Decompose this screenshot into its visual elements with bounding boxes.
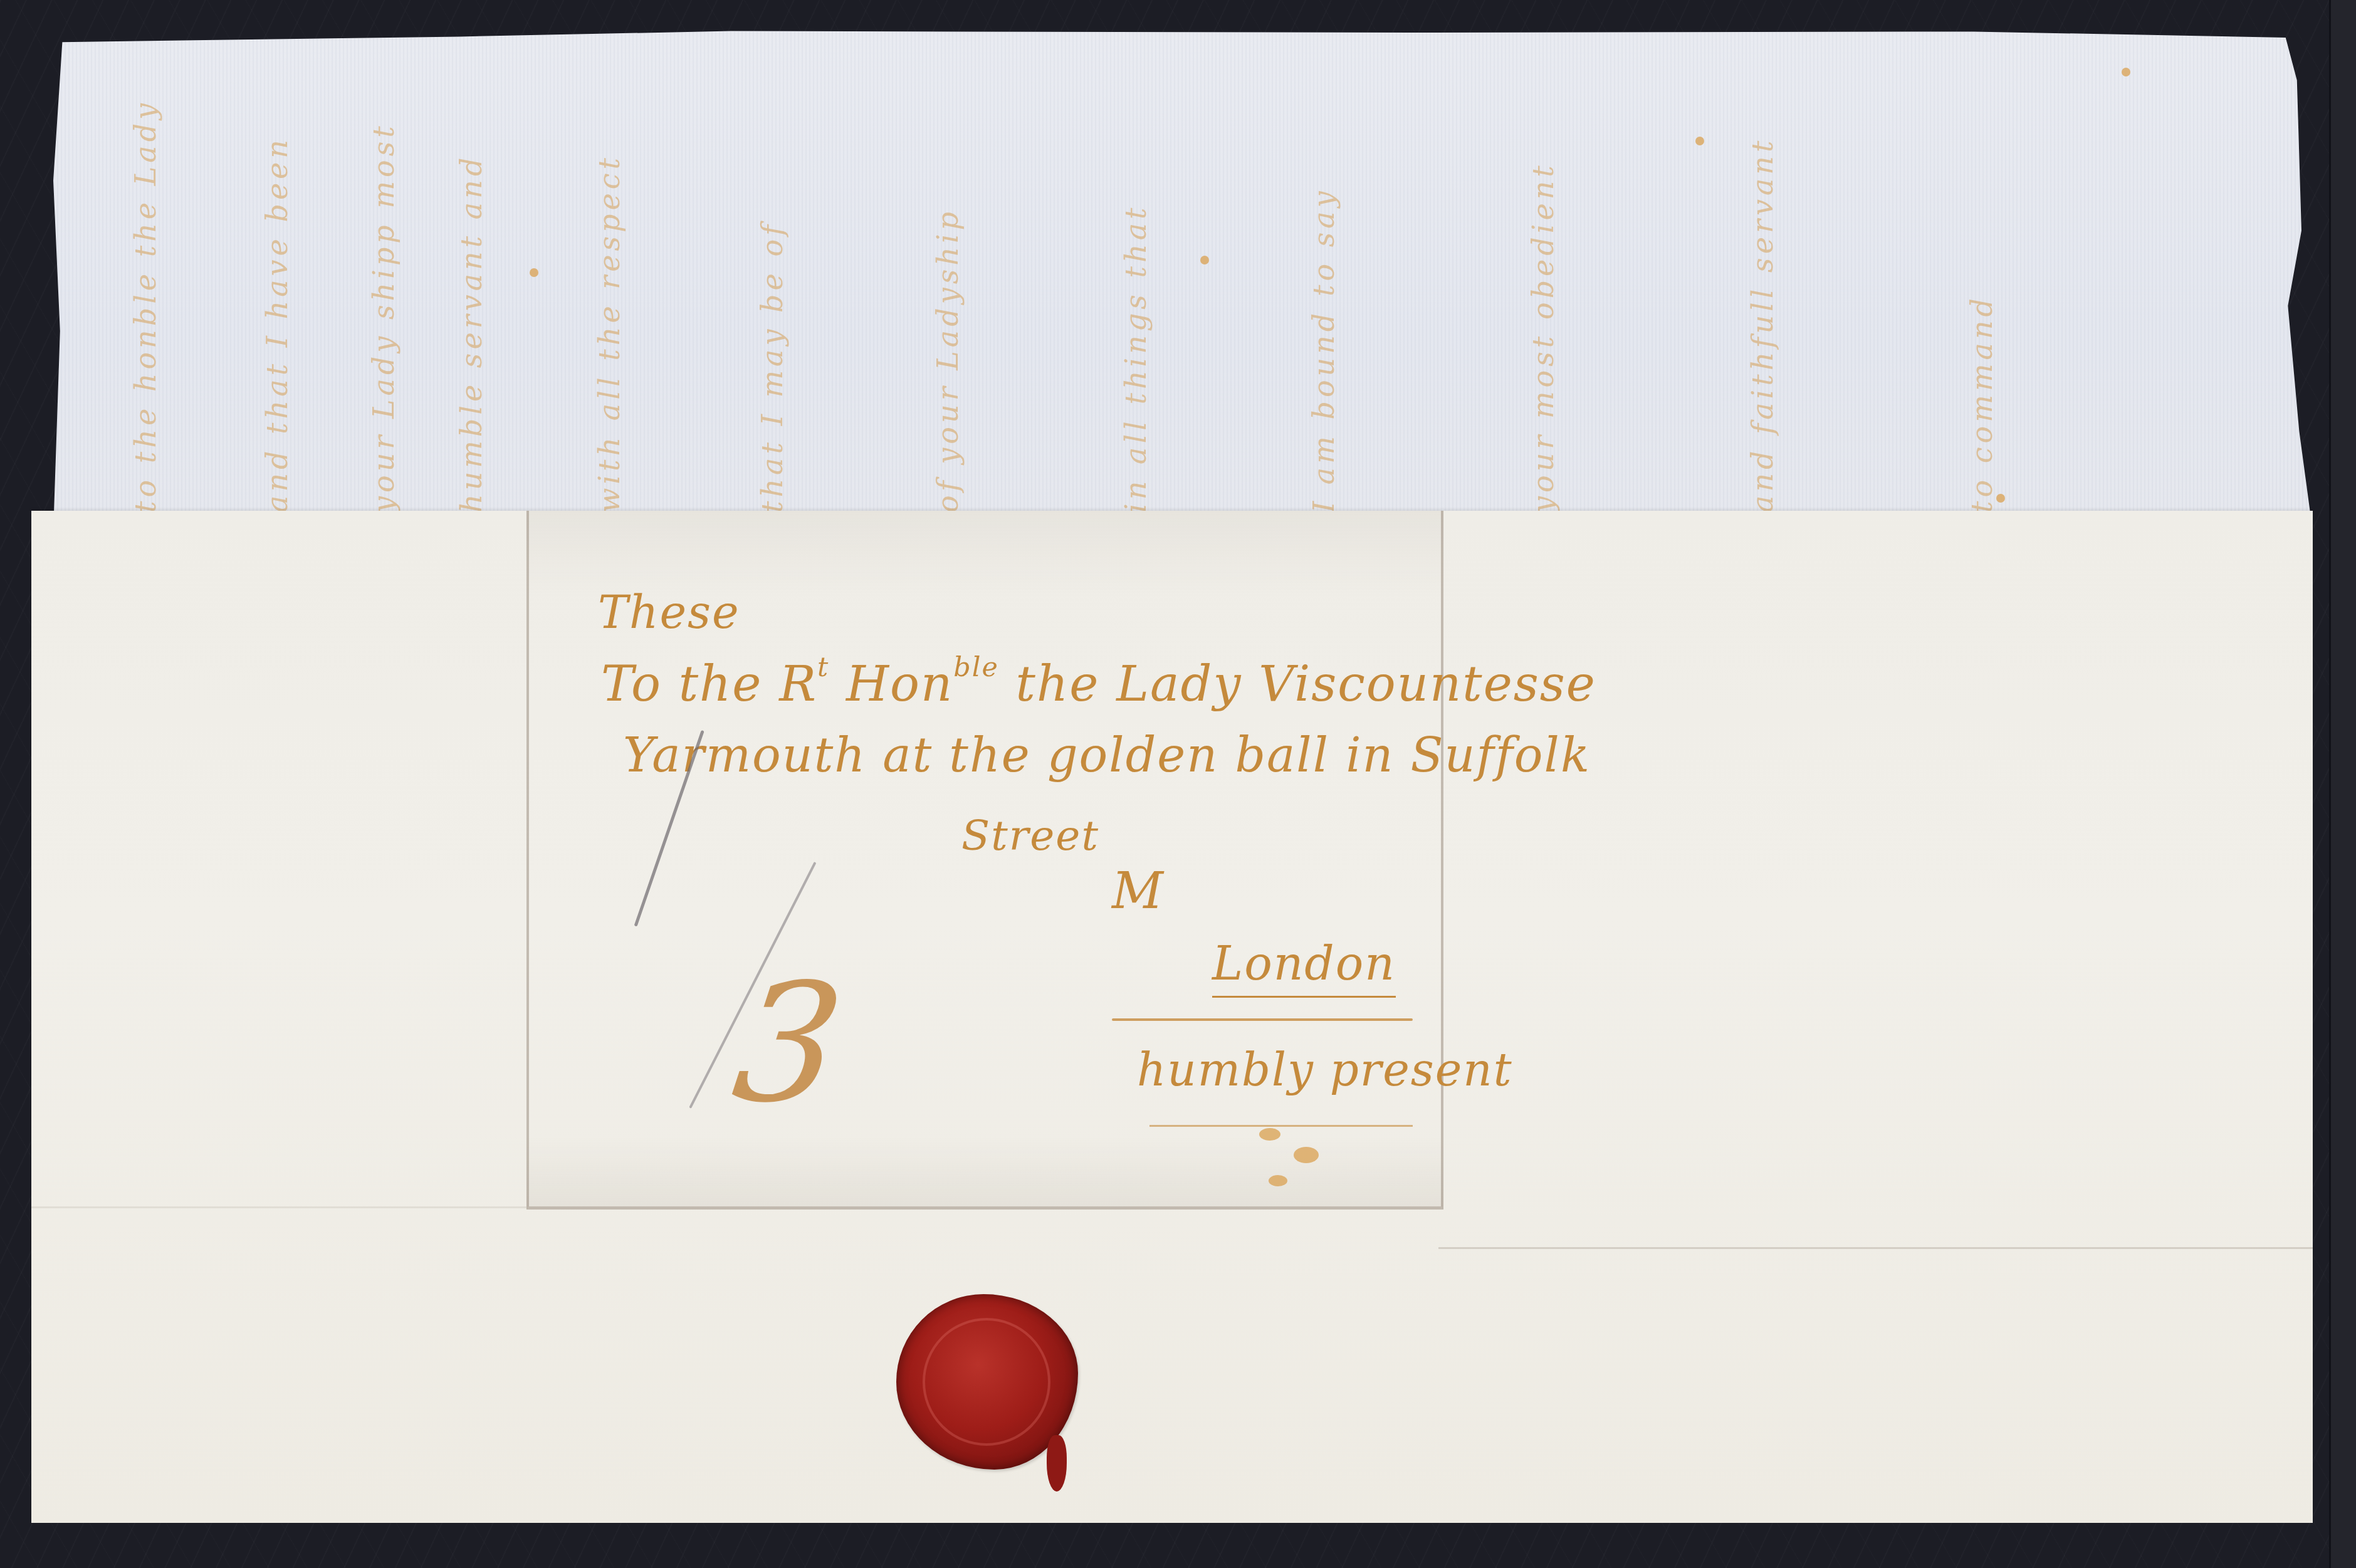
bleed-column: and that I have been — [260, 49, 294, 513]
text-fragment: To the R — [601, 656, 817, 713]
bleed-column: with all the respect — [592, 49, 626, 513]
bleed-column: your most obedient — [1526, 49, 1560, 513]
address-panel: These To the Rt Honble the Lady Viscount… — [526, 511, 1443, 1210]
address-line-recipient: To the Rt Honble the Lady Viscountesse — [601, 652, 1596, 713]
ink-blot — [1294, 1147, 1319, 1163]
bleed-column: humble servant and — [454, 49, 488, 513]
address-line-street: Street — [961, 812, 1099, 860]
ink-blot — [1259, 1128, 1280, 1141]
address-city: London — [1212, 937, 1396, 998]
inner-sheet-bleed-through: to the honble the Lady and that I have b… — [53, 30, 2313, 531]
address-closing: humbly present — [1137, 1043, 1513, 1096]
text-fragment: the Lady Viscountesse — [999, 656, 1596, 713]
rule-line — [1149, 1125, 1413, 1127]
letter-cover: These To the Rt Honble the Lady Viscount… — [31, 511, 2313, 1523]
wax-drip — [1047, 1435, 1067, 1492]
ink-spot — [530, 268, 538, 277]
superscript: t — [817, 652, 829, 683]
postal-monogram: M — [1112, 862, 1165, 920]
mat-edge — [2329, 0, 2356, 1568]
ink-spot — [1996, 494, 2005, 503]
bleed-column: to the honble the Lady — [128, 49, 162, 513]
ink-spot — [1695, 137, 1704, 145]
bleed-column: to command — [1965, 49, 1999, 513]
ink-spot — [1200, 256, 1209, 264]
ink-blot — [1269, 1175, 1287, 1186]
fold-line — [31, 1206, 526, 1208]
seal-impression — [923, 1318, 1050, 1446]
bleed-column: of your Ladyship — [931, 49, 965, 513]
fold-line — [1438, 1247, 2313, 1249]
address-line-these: These — [598, 586, 740, 639]
address-line-location: Yarmouth at the golden ball in Suffolk — [623, 727, 1591, 783]
rule-line — [1112, 1018, 1413, 1021]
ink-spot — [2122, 68, 2130, 76]
superscript: ble — [953, 652, 999, 683]
text-fragment: Hon — [829, 656, 953, 713]
postal-charge-mark: 3 — [705, 949, 872, 1139]
bleed-column: and faithfull servant — [1746, 49, 1779, 513]
bleed-column: in all things that — [1119, 49, 1153, 513]
bleed-column: I am bound to say — [1307, 49, 1341, 513]
bleed-column: your Lady shipp most — [367, 49, 401, 513]
bleed-column: that I may be of — [755, 49, 789, 513]
